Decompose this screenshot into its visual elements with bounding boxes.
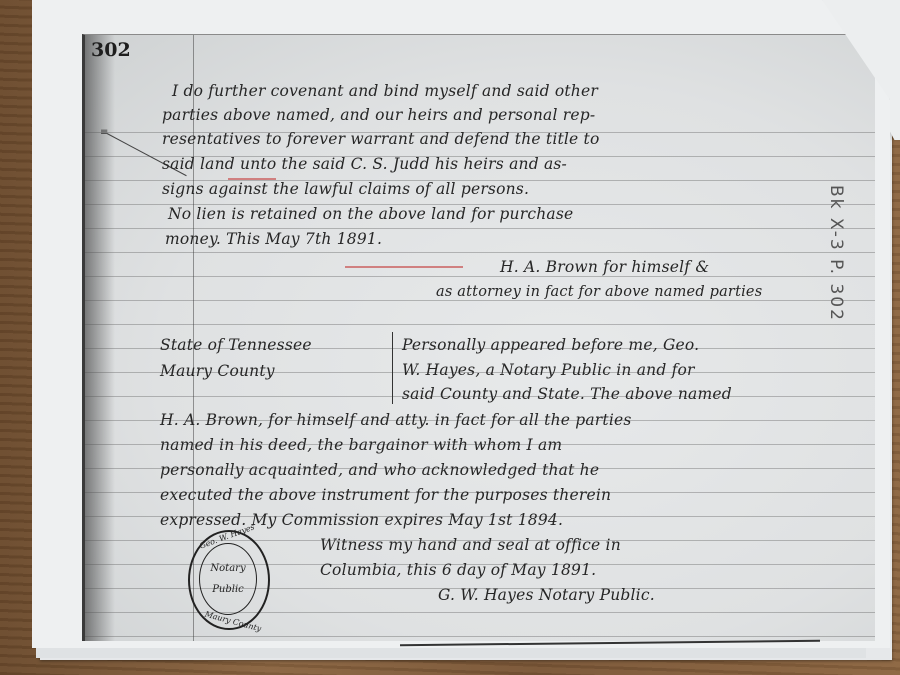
ack-line-3: personally acquainted, and who acknowled… — [160, 461, 599, 479]
deed-line-7: money. This May 7th 1891. — [165, 230, 382, 248]
ack-right-1: Personally appeared before me, Geo. — [402, 336, 699, 354]
ack-line-5: expressed. My Commission expires May 1st… — [160, 511, 563, 529]
deed-line-3: resentatives to forever warrant and defe… — [162, 130, 600, 148]
deed-line-5: signs against the lawful claims of all p… — [162, 180, 529, 198]
seal-center-bottom: Public — [212, 584, 244, 595]
deed-line-1: I do further covenant and bind myself an… — [172, 82, 598, 100]
notary-signature: G. W. Hayes Notary Public. — [438, 586, 655, 604]
deed-line-4: said land unto the said C. S. Judd his h… — [162, 155, 567, 173]
deed-line-6: No lien is retained on the above land fo… — [168, 205, 573, 223]
grantor-capacity: as attorney in fact for above named part… — [436, 284, 762, 300]
ack-line-1: H. A. Brown, for himself and atty. in fa… — [160, 411, 632, 429]
page-number: 302 — [91, 39, 131, 61]
venue-county: Maury County — [160, 362, 275, 380]
venue-state: State of Tennessee — [160, 336, 312, 354]
ack-right-3: said County and State. The above named — [402, 385, 732, 403]
ack-right-2: W. Hayes, a Notary Public in and for — [402, 361, 695, 379]
deed-line-2: parties above named, and our heirs and p… — [162, 106, 595, 124]
red-underline-date — [345, 266, 463, 268]
ack-line-2: named in his deed, the bargainor with wh… — [160, 436, 562, 454]
witness-line-2: Columbia, this 6 day of May 1891. — [320, 561, 596, 579]
seal-center-top: Notary — [210, 563, 245, 574]
venue-brace — [392, 332, 401, 404]
ack-line-4: executed the above instrument for the pu… — [160, 486, 611, 504]
seal-inner-ring: Notary Public — [199, 543, 257, 615]
witness-line-1: Witness my hand and seal at office in — [320, 536, 621, 554]
grantor-signature: H. A. Brown for himself & — [500, 258, 709, 276]
notary-seal: Geo. W. Hayes Notary Public Maury County — [188, 530, 270, 630]
side-annotation: Bk X-3 P. 302 — [826, 185, 846, 322]
